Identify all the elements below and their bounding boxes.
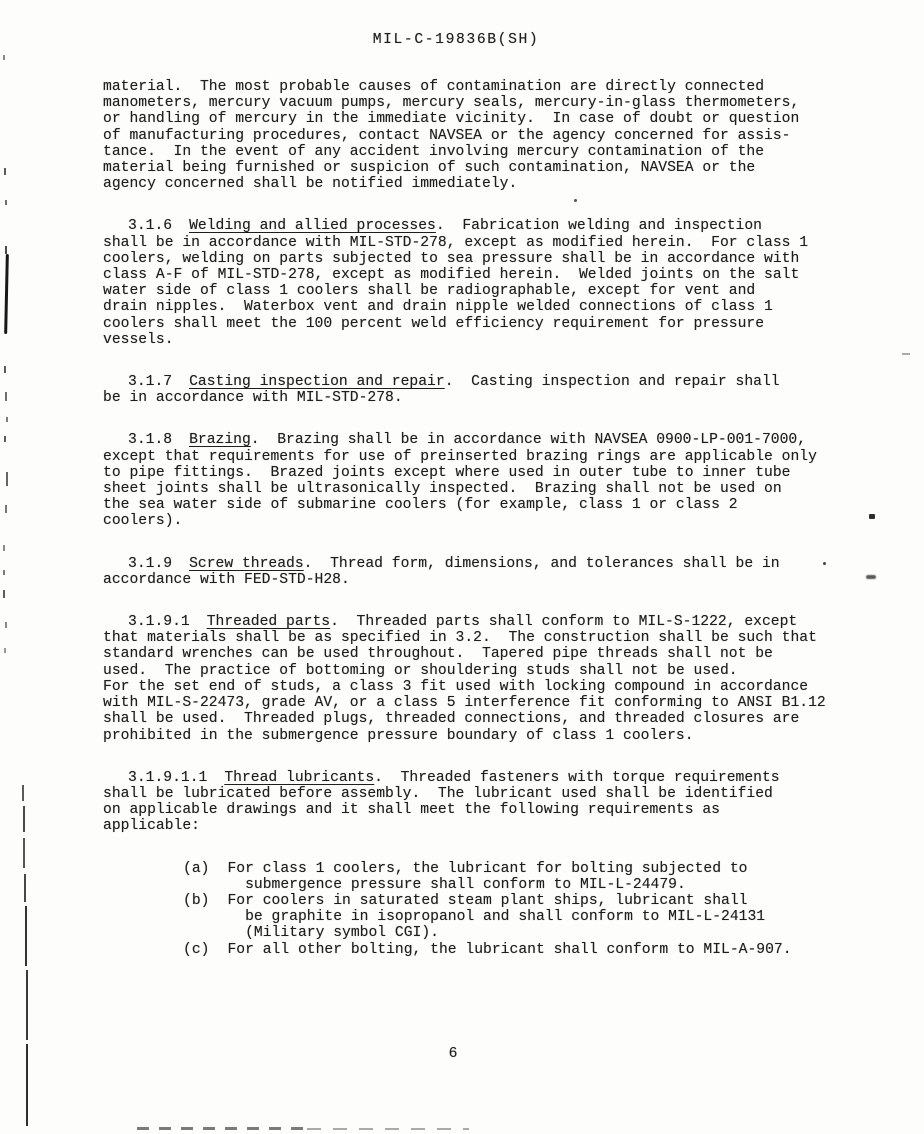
section-body-text: shall be lubricated before assembly. The… (103, 786, 893, 835)
lubricant-requirements-list: (a)For class 1 coolers, the lubricant fo… (103, 861, 893, 958)
section-number: 3.1.9.1.1 (103, 770, 207, 786)
scan-artifact (4, 648, 6, 653)
section-body-text: that materials shall be as specified in … (103, 630, 893, 743)
scan-artifact (3, 545, 5, 551)
section-3-1-9-1-1: 3.1.9.1.1Thread lubricants. Threaded fas… (103, 770, 893, 835)
scan-artifact (4, 436, 6, 442)
section-title: Welding and allied processes (189, 218, 436, 234)
section-number: 3.1.8 (103, 432, 172, 448)
section-number: 3.1.7 (103, 374, 172, 390)
section-lead-text: . Brazing shall be in accordance with NA… (251, 432, 806, 448)
section-title: Thread lubricants (224, 770, 374, 786)
section-body-text: accordance with FED-STD-H28. (103, 572, 893, 588)
scan-artifact (5, 200, 7, 205)
section-3-1-9-1: 3.1.9.1Threaded parts. Threaded parts sh… (103, 614, 893, 744)
section-title: Casting inspection and repair (189, 374, 445, 390)
section-lead-text: . Fabrication welding and inspection (436, 218, 762, 234)
scan-artifact (5, 246, 7, 254)
scan-artifact (24, 874, 26, 902)
scan-artifact (6, 417, 8, 422)
section-lead-text: . Casting inspection and repair shall (445, 374, 780, 390)
scan-artifact (25, 906, 27, 966)
scan-artifact (23, 806, 25, 832)
scan-artifact (26, 1044, 28, 1126)
scan-artifact-dashed-line (307, 1128, 469, 1130)
list-item-a: (a)For class 1 coolers, the lubricant fo… (183, 861, 893, 893)
scan-artifact (26, 970, 28, 1040)
section-number: 3.1.9 (103, 556, 172, 572)
section-number: 3.1.6 (103, 218, 172, 234)
section-lead-text: . Thread form, dimensions, and tolerance… (304, 556, 780, 572)
section-lead-text: . Threaded parts shall conform to MIL-S-… (330, 614, 797, 630)
document-body: material. The most probable causes of co… (103, 79, 893, 958)
scan-artifact (6, 472, 8, 486)
scan-artifact-dashed-line (137, 1127, 307, 1130)
document-number-header: MIL-C-19836B(SH) (103, 32, 809, 48)
list-item-marker: (b) (183, 893, 209, 942)
scan-artifact (22, 785, 24, 801)
scan-artifact (4, 254, 9, 334)
list-item-text: For class 1 coolers, the lubricant for b… (227, 861, 747, 893)
section-title: Brazing (189, 432, 251, 448)
list-item-b: (b)For coolers in saturated steam plant … (183, 893, 893, 942)
paragraph-text: material. The most probable causes of co… (103, 79, 893, 192)
section-lead-text: . Threaded fasteners with torque require… (374, 770, 779, 786)
paragraph-continuation: material. The most probable causes of co… (103, 79, 893, 192)
section-3-1-8: 3.1.8Brazing. Brazing shall be in accord… (103, 432, 893, 529)
scan-artifact (3, 570, 5, 575)
section-body-text: except that requirements for use of prei… (103, 449, 893, 530)
scan-artifact (4, 366, 6, 373)
section-3-1-9: 3.1.9Screw threads. Thread form, dimensi… (103, 556, 893, 588)
list-item-text: For all other bolting, the lubricant sha… (227, 942, 791, 958)
scan-artifact (23, 838, 25, 868)
list-item-marker: (a) (183, 861, 209, 893)
scan-artifact (5, 622, 7, 628)
section-body-text: shall be in accordance with MIL-STD-278,… (103, 235, 893, 348)
list-item-marker: (c) (183, 942, 209, 958)
section-title: Threaded parts (207, 614, 330, 630)
scan-artifact (5, 392, 7, 401)
scan-artifact (902, 353, 910, 355)
scan-artifact (4, 168, 6, 175)
section-3-1-6: 3.1.6Welding and allied processes. Fabri… (103, 218, 893, 348)
scan-artifact (3, 55, 5, 60)
section-3-1-7: 3.1.7Casting inspection and repair. Cast… (103, 374, 893, 406)
page-number: 6 (103, 1046, 803, 1062)
scan-artifact (3, 590, 5, 598)
list-item-text: For coolers in saturated steam plant shi… (227, 893, 765, 942)
section-body-text: be in accordance with MIL-STD-278. (103, 390, 893, 406)
section-number: 3.1.9.1 (103, 614, 190, 630)
list-item-c: (c)For all other bolting, the lubricant … (183, 942, 893, 958)
section-title: Screw threads (189, 556, 304, 572)
scan-artifact (5, 505, 7, 513)
document-page: MIL-C-19836B(SH) material. The most prob… (0, 0, 924, 1134)
